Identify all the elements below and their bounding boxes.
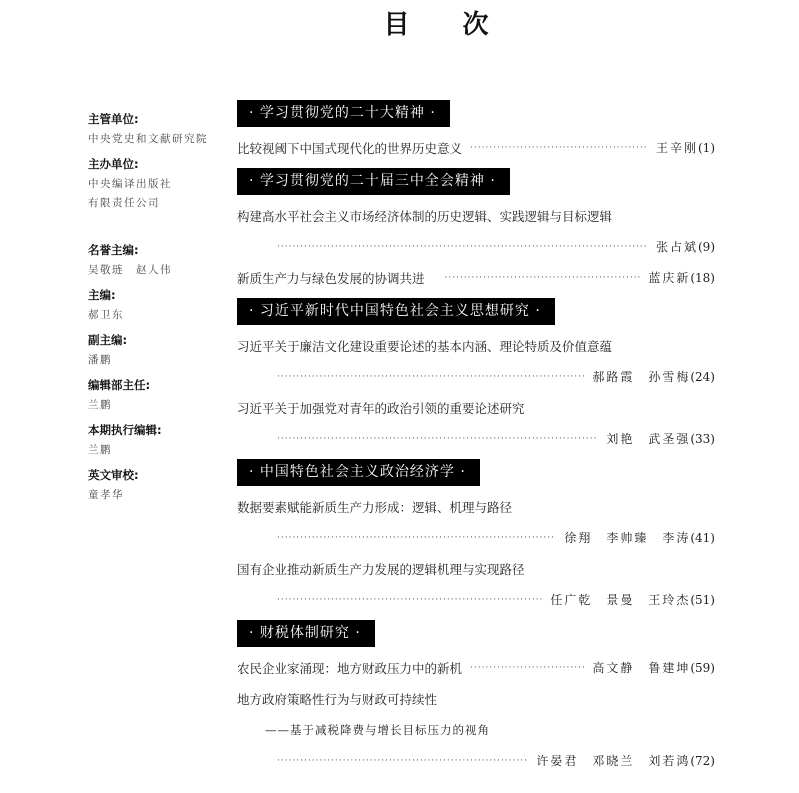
section-header: · 学习贯彻党的二十届三中全会精神 · [237,168,510,195]
article-title[interactable]: 国有企业推动新质生产力发展的逻辑机理与实现路径 [237,554,525,585]
article-title[interactable]: 地方政府策略性行为与财政可持续性 [237,684,437,715]
section-header: · 财税体制研究 · [237,620,375,647]
masthead-label: 本期执行编辑: [88,419,228,441]
masthead-value: 中央编译出版社 [88,175,228,194]
leader-dots [277,424,598,455]
page-number: (1) [698,133,715,164]
masthead-label: 编辑部主任: [88,374,228,396]
masthead-value: 潘鹏 [88,351,228,370]
toc-section: · 学习贯彻党的二十届三中全会精神 · 构建高水平社会主义市场经济体制的历史逻辑… [237,168,715,294]
masthead-value: 中央党史和文献研究院 [88,130,228,149]
masthead-value: 童孝华 [88,486,228,505]
toc-entry[interactable]: 习近平关于廉洁文化建设重要论述的基本内涵、理论特质及价值意蕴 郝路霞 孙雪梅 (… [237,331,715,393]
toc-section: · 财税体制研究 · 农民企业家涌现：地方财政压力中的新机 高文静 鲁建坤 (5… [237,620,715,777]
page-number: (72) [690,746,715,777]
page-number: (33) [690,424,715,455]
article-authors: 徐翔 李帅臻 李涛 [564,523,690,554]
toc-entry[interactable]: 新质生产力与绿色发展的协调共进 蓝庆新 (18) [237,263,715,294]
masthead-label: 副主编: [88,329,228,351]
toc-entry[interactable]: 习近平关于加强党对青年的政治引领的重要论述研究 刘艳 武圣强 (33) [237,393,715,455]
toc-entry[interactable]: 比较视阈下中国式现代化的世界历史意义 王辛刚 (1) [237,133,715,164]
article-title[interactable]: 农民企业家涌现：地方财政压力中的新机 [237,653,462,684]
leader-dots [277,232,648,263]
masthead-label: 名誉主编: [88,239,228,261]
masthead-value: 兰鹏 [88,396,228,415]
masthead-value: 郝卫东 [88,306,228,325]
article-authors: 高文静 鲁建坤 [592,653,690,684]
leader-dots [277,746,528,777]
page-number: (51) [690,585,715,616]
masthead-group: 主编: 郝卫东 [88,284,228,325]
masthead-group: 编辑部主任: 兰鹏 [88,374,228,415]
article-title[interactable]: 习近平关于廉洁文化建设重要论述的基本内涵、理论特质及价值意蕴 [237,331,612,362]
leader-dots [445,263,641,294]
table-of-contents: · 学习贯彻党的二十大精神 · 比较视阈下中国式现代化的世界历史意义 王辛刚 (… [237,100,715,779]
article-authors: 任广乾 景曼 王玲杰 [550,585,690,616]
section-header: · 习近平新时代中国特色社会主义思想研究 · [237,298,555,325]
masthead-label: 主管单位: [88,108,228,130]
section-header: · 学习贯彻党的二十大精神 · [237,100,450,127]
page-number: (18) [690,263,715,294]
masthead-sidebar: 主管单位: 中央党史和文献研究院 主办单位: 中央编译出版社 有限责任公司 名誉… [88,108,228,509]
toc-section: · 学习贯彻党的二十大精神 · 比较视阈下中国式现代化的世界历史意义 王辛刚 (… [237,100,715,164]
article-subtitle: ——基于减税降费与增长目标压力的视角 [265,715,490,746]
masthead-value: 有限责任公司 [88,194,228,213]
masthead-group: 主管单位: 中央党史和文献研究院 [88,108,228,149]
page-number: (59) [690,653,715,684]
toc-entry[interactable]: 构建高水平社会主义市场经济体制的历史逻辑、实践逻辑与目标逻辑 张占斌 (9) [237,201,715,263]
page-number: (24) [690,362,715,393]
article-title[interactable]: 比较视阈下中国式现代化的世界历史意义 [237,133,462,164]
toc-section: · 习近平新时代中国特色社会主义思想研究 · 习近平关于廉洁文化建设重要论述的基… [237,298,715,455]
article-title[interactable]: 数据要素赋能新质生产力形成：逻辑、机理与路径 [237,492,512,523]
page-number: (9) [698,232,715,263]
article-authors: 刘艳 武圣强 [606,424,690,455]
article-title[interactable]: 构建高水平社会主义市场经济体制的历史逻辑、实践逻辑与目标逻辑 [237,201,612,232]
masthead-group: 副主编: 潘鹏 [88,329,228,370]
article-title[interactable]: 习近平关于加强党对青年的政治引领的重要论述研究 [237,393,525,424]
masthead-group: 英文审校: 童孝华 [88,464,228,505]
masthead-group: 名誉主编: 吴敬琏 赵人伟 [88,239,228,280]
article-authors: 郝路霞 孙雪梅 [592,362,690,393]
masthead-value: 吴敬琏 赵人伟 [88,261,228,280]
toc-section: · 中国特色社会主义政治经济学 · 数据要素赋能新质生产力形成：逻辑、机理与路径… [237,459,715,616]
article-authors: 王辛刚 [656,133,698,164]
article-title[interactable]: 新质生产力与绿色发展的协调共进 [237,263,425,294]
toc-entry[interactable]: 数据要素赋能新质生产力形成：逻辑、机理与路径 徐翔 李帅臻 李涛 (41) [237,492,715,554]
article-authors: 许晏君 邓晓兰 刘若鸿 [536,746,690,777]
leader-dots [277,523,556,554]
masthead-label: 英文审校: [88,464,228,486]
toc-entry[interactable]: 农民企业家涌现：地方财政压力中的新机 高文静 鲁建坤 (59) [237,653,715,684]
leader-dots [470,653,584,684]
masthead-group: 本期执行编辑: 兰鹏 [88,419,228,460]
masthead-value: 兰鹏 [88,441,228,460]
toc-entry[interactable]: 地方政府策略性行为与财政可持续性 ——基于减税降费与增长目标压力的视角 许晏君 … [237,684,715,777]
leader-dots [470,133,648,164]
masthead-label: 主编: [88,284,228,306]
masthead-group: 主办单位: 中央编译出版社 有限责任公司 [88,153,228,213]
page-title: 目 次 [0,4,799,41]
page-number: (41) [690,523,715,554]
article-authors: 蓝庆新 [648,263,690,294]
toc-entry[interactable]: 国有企业推动新质生产力发展的逻辑机理与实现路径 任广乾 景曼 王玲杰 (51) [237,554,715,616]
masthead-label: 主办单位: [88,153,228,175]
section-header: · 中国特色社会主义政治经济学 · [237,459,480,486]
article-authors: 张占斌 [656,232,698,263]
leader-dots [277,362,584,393]
leader-dots [277,585,542,616]
